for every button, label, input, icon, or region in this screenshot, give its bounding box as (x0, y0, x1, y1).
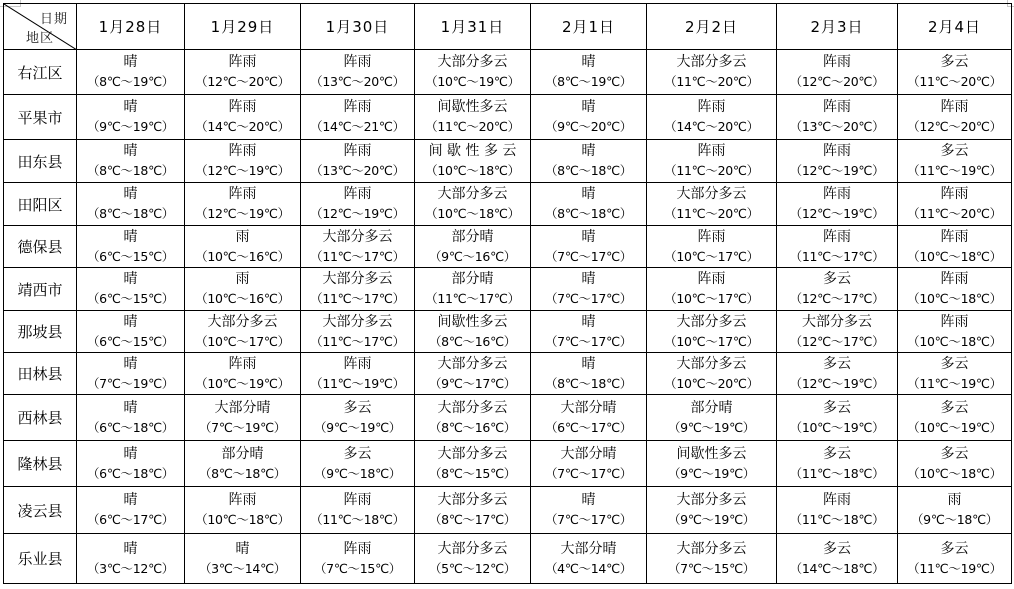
forecast-cell: 大部分晴（4℃～14℃） (531, 534, 647, 584)
weather-condition: 晴 (531, 227, 646, 247)
weather-condition: 阵雨 (647, 141, 776, 161)
forecast-cell: 晴（7℃～17℃） (531, 487, 647, 534)
weather-condition: 阵雨 (777, 227, 897, 247)
temperature-range: （11℃～20℃） (898, 204, 1011, 224)
forecast-cell: 大部分多云（11℃～17℃） (301, 311, 415, 353)
temperature-range: （7℃～17℃） (531, 464, 646, 484)
weather-condition: 晴 (77, 444, 184, 464)
weather-condition: 雨 (185, 227, 300, 247)
temperature-range: （6℃～18℃） (77, 464, 184, 484)
forecast-cell: 晴（6℃～18℃） (77, 441, 185, 487)
temperature-range: （7℃～19℃） (185, 418, 300, 438)
weather-condition: 大部分晴 (531, 444, 646, 464)
temperature-range: （9℃～20℃） (531, 117, 646, 137)
temperature-range: （12℃～19℃） (777, 161, 897, 181)
weather-condition: 阵雨 (898, 269, 1011, 289)
table-row: 右江区晴（8℃～19℃）阵雨（12℃～20℃）阵雨（13℃～20℃）大部分多云（… (4, 50, 1012, 95)
weather-condition: 大部分多云 (647, 52, 776, 72)
forecast-cell: 大部分多云（10℃～18℃） (415, 183, 531, 226)
weather-condition: 雨 (185, 269, 300, 289)
temperature-range: （6℃～15℃） (77, 332, 184, 352)
forecast-cell: 多云（9℃～19℃） (301, 395, 415, 441)
corner-header-cell: 日期 地区 (4, 4, 77, 50)
corner-region-label: 地区 (26, 27, 54, 46)
weather-condition: 阵雨 (777, 490, 897, 510)
forecast-cell: 阵雨（12℃～20℃） (898, 95, 1012, 140)
weather-condition: 间歇性多云 (415, 312, 530, 332)
forecast-cell: 阵雨（10℃～18℃） (898, 311, 1012, 353)
temperature-range: （11℃～20℃） (415, 117, 530, 137)
weather-condition: 晴 (531, 490, 646, 510)
weather-condition: 大部分多云 (185, 312, 300, 332)
table-row: 平果市晴（9℃～19℃）阵雨（14℃～20℃）阵雨（14℃～21℃）间歇性多云（… (4, 95, 1012, 140)
temperature-range: （8℃～15℃） (415, 464, 530, 484)
weather-condition: 大部分多云 (777, 312, 897, 332)
weather-condition: 晴 (531, 141, 646, 161)
region-name: 靖西市 (4, 268, 77, 311)
region-name: 田林县 (4, 353, 77, 395)
forecast-cell: 晴（6℃～17℃） (77, 487, 185, 534)
temperature-range: （8℃～19℃） (77, 72, 184, 92)
temperature-range: （8℃～18℃） (77, 204, 184, 224)
header-row: 日期 地区 1月28日 1月29日 1月30日 1月31日 2月1日 2月2日 … (4, 4, 1012, 50)
weather-condition: 晴 (77, 97, 184, 117)
forecast-cell: 雨（10℃～16℃） (185, 226, 301, 268)
temperature-range: （11℃～20℃） (647, 161, 776, 181)
weather-condition: 大部分多云 (301, 227, 414, 247)
region-name: 乐业县 (4, 534, 77, 584)
weather-condition: 部分晴 (185, 444, 300, 464)
weather-condition: 阵雨 (301, 52, 414, 72)
temperature-range: （13℃～20℃） (301, 72, 414, 92)
forecast-cell: 大部分多云（10℃～19℃） (415, 50, 531, 95)
temperature-range: （12℃～17℃） (777, 332, 897, 352)
forecast-cell: 晴（8℃～18℃） (531, 353, 647, 395)
forecast-cell: 多云（10℃～19℃） (898, 395, 1012, 441)
temperature-range: （7℃～17℃） (531, 289, 646, 309)
forecast-cell: 部分晴（9℃～16℃） (415, 226, 531, 268)
temperature-range: （9℃～16℃） (415, 247, 530, 267)
temperature-range: （12℃～19℃） (777, 204, 897, 224)
forecast-cell: 部分晴（9℃～19℃） (647, 395, 777, 441)
table-row: 西林县晴（6℃～18℃）大部分晴（7℃～19℃）多云（9℃～19℃）大部分多云（… (4, 395, 1012, 441)
weather-condition: 阵雨 (777, 97, 897, 117)
temperature-range: （11℃～20℃） (647, 72, 776, 92)
temperature-range: （11℃～17℃） (777, 247, 897, 267)
forecast-cell: 阵雨（13℃～20℃） (777, 95, 898, 140)
temperature-range: （7℃～15℃） (647, 559, 776, 579)
forecast-cell: 大部分晴（7℃～19℃） (185, 395, 301, 441)
temperature-range: （6℃～18℃） (77, 418, 184, 438)
temperature-range: （11℃～17℃） (301, 247, 414, 267)
table-row: 那坡县晴（6℃～15℃）大部分多云（10℃～17℃）大部分多云（11℃～17℃）… (4, 311, 1012, 353)
weather-condition: 大部分多云 (301, 312, 414, 332)
temperature-range: （8℃～18℃） (77, 161, 184, 181)
forecast-cell: 大部分多云（11℃～20℃） (647, 183, 777, 226)
temperature-range: （8℃～18℃） (531, 161, 646, 181)
weather-condition: 部分晴 (647, 398, 776, 418)
region-name: 西林县 (4, 395, 77, 441)
forecast-cell: 晴（6℃～15℃） (77, 268, 185, 311)
weather-condition: 间歇性多云 (415, 97, 530, 117)
table-row: 隆林县晴（6℃～18℃）部分晴（8℃～18℃）多云（9℃～18℃）大部分多云（8… (4, 441, 1012, 487)
temperature-range: （9℃～19℃） (647, 510, 776, 530)
temperature-range: （9℃～19℃） (647, 464, 776, 484)
forecast-cell: 晴（8℃～18℃） (77, 183, 185, 226)
forecast-cell: 阵雨（12℃～20℃） (777, 50, 898, 95)
weather-condition: 阵雨 (777, 52, 897, 72)
weather-condition: 部分晴 (415, 269, 530, 289)
region-name: 德保县 (4, 226, 77, 268)
temperature-range: （7℃～17℃） (531, 510, 646, 530)
date-header: 1月28日 (77, 4, 185, 50)
temperature-range: （11℃～18℃） (777, 464, 897, 484)
temperature-range: （13℃～20℃） (777, 117, 897, 137)
temperature-range: （4℃～14℃） (531, 559, 646, 579)
region-name: 那坡县 (4, 311, 77, 353)
weather-condition: 阵雨 (898, 312, 1011, 332)
weather-condition: 晴 (77, 269, 184, 289)
forecast-cell: 间歇性多云（8℃～16℃） (415, 311, 531, 353)
temperature-range: （14℃～18℃） (777, 559, 897, 579)
temperature-range: （12℃～19℃） (301, 204, 414, 224)
forecast-cell: 阵雨（12℃～19℃） (185, 140, 301, 183)
weather-condition: 晴 (77, 490, 184, 510)
forecast-cell: 阵雨（10℃～18℃） (898, 268, 1012, 311)
temperature-range: （11℃～19℃） (898, 161, 1011, 181)
table-row: 凌云县晴（6℃～17℃）阵雨（10℃～18℃）阵雨（11℃～18℃）大部分多云（… (4, 487, 1012, 534)
forecast-cell: 多云（11℃～18℃） (777, 441, 898, 487)
region-name: 凌云县 (4, 487, 77, 534)
forecast-cell: 大部分多云（12℃～17℃） (777, 311, 898, 353)
forecast-cell: 间 歇 性 多 云（10℃～18℃） (415, 140, 531, 183)
forecast-cell: 晴（8℃～18℃） (531, 183, 647, 226)
weather-condition: 晴 (77, 141, 184, 161)
forecast-cell: 多云（11℃～19℃） (898, 534, 1012, 584)
temperature-range: （13℃～20℃） (301, 161, 414, 181)
temperature-range: （14℃～20℃） (647, 117, 776, 137)
weather-condition: 部分晴 (415, 227, 530, 247)
temperature-range: （10℃～17℃） (185, 332, 300, 352)
date-header: 1月29日 (185, 4, 301, 50)
weather-condition: 大部分多云 (415, 539, 530, 559)
weather-condition: 晴 (77, 312, 184, 332)
weather-condition: 晴 (77, 398, 184, 418)
temperature-range: （11℃～17℃） (415, 289, 530, 309)
temperature-range: （11℃～20℃） (647, 204, 776, 224)
forecast-cell: 阵雨（10℃～17℃） (647, 226, 777, 268)
temperature-range: （9℃～19℃） (647, 418, 776, 438)
temperature-range: （10℃～18℃） (898, 464, 1011, 484)
weather-condition: 多云 (301, 444, 414, 464)
forecast-cell: 雨（9℃～18℃） (898, 487, 1012, 534)
temperature-range: （10℃～19℃） (185, 374, 300, 394)
forecast-cell: 晴（3℃～12℃） (77, 534, 185, 584)
temperature-range: （8℃～18℃） (531, 374, 646, 394)
temperature-range: （11℃～19℃） (898, 374, 1011, 394)
forecast-cell: 大部分多云（8℃～17℃） (415, 487, 531, 534)
weather-condition: 大部分多云 (415, 52, 530, 72)
temperature-range: （11℃～19℃） (301, 374, 414, 394)
temperature-range: （11℃～17℃） (301, 332, 414, 352)
weather-condition: 晴 (77, 184, 184, 204)
temperature-range: （6℃～15℃） (77, 289, 184, 309)
temperature-range: （8℃～18℃） (185, 464, 300, 484)
temperature-range: （10℃～19℃） (898, 418, 1011, 438)
forecast-cell: 阵雨（14℃～20℃） (647, 95, 777, 140)
forecast-cell: 阵雨（12℃～19℃） (185, 183, 301, 226)
forecast-cell: 大部分多云（11℃～20℃） (647, 50, 777, 95)
table-row: 田林县晴（7℃～19℃）阵雨（10℃～19℃）阵雨（11℃～19℃）大部分多云（… (4, 353, 1012, 395)
forecast-cell: 大部分多云（7℃～15℃） (647, 534, 777, 584)
forecast-cell: 阵雨（12℃～20℃） (185, 50, 301, 95)
weather-condition: 阵雨 (185, 490, 300, 510)
temperature-range: （7℃～17℃） (531, 247, 646, 267)
temperature-range: （11℃～17℃） (301, 289, 414, 309)
temperature-range: （10℃～20℃） (647, 374, 776, 394)
date-header: 2月3日 (777, 4, 898, 50)
forecast-cell: 晴（9℃～19℃） (77, 95, 185, 140)
weather-condition: 阵雨 (301, 97, 414, 117)
weather-condition: 多云 (898, 539, 1011, 559)
weather-condition: 多云 (301, 398, 414, 418)
temperature-range: （10℃～18℃） (415, 204, 530, 224)
forecast-cell: 阵雨（13℃～20℃） (301, 140, 415, 183)
temperature-range: （9℃～19℃） (301, 418, 414, 438)
table-row: 乐业县晴（3℃～12℃）晴（3℃～14℃）阵雨（7℃～15℃）大部分多云（5℃～… (4, 534, 1012, 584)
table-row: 德保县晴（6℃～15℃）雨（10℃～16℃）大部分多云（11℃～17℃）部分晴（… (4, 226, 1012, 268)
forecast-cell: 大部分多云（8℃～16℃） (415, 395, 531, 441)
forecast-cell: 大部分晴（6℃～17℃） (531, 395, 647, 441)
table-body: 右江区晴（8℃～19℃）阵雨（12℃～20℃）阵雨（13℃～20℃）大部分多云（… (4, 50, 1012, 584)
weather-condition: 多云 (898, 354, 1011, 374)
weather-condition: 晴 (531, 312, 646, 332)
temperature-range: （14℃～21℃） (301, 117, 414, 137)
forecast-cell: 部分晴（11℃～17℃） (415, 268, 531, 311)
temperature-range: （10℃～18℃） (185, 510, 300, 530)
date-header: 1月30日 (301, 4, 415, 50)
temperature-range: （11℃～18℃） (301, 510, 414, 530)
temperature-range: （10℃～17℃） (647, 247, 776, 267)
weather-condition: 大部分多云 (415, 184, 530, 204)
temperature-range: （7℃～19℃） (77, 374, 184, 394)
weather-condition: 大部分多云 (415, 444, 530, 464)
weather-condition: 阵雨 (301, 539, 414, 559)
forecast-cell: 晴（7℃～17℃） (531, 311, 647, 353)
forecast-cell: 晴（8℃～19℃） (77, 50, 185, 95)
weather-condition: 阵雨 (301, 490, 414, 510)
forecast-cell: 晴（3℃～14℃） (185, 534, 301, 584)
temperature-range: （8℃～16℃） (415, 332, 530, 352)
weather-condition: 阵雨 (898, 184, 1011, 204)
temperature-range: （6℃～17℃） (77, 510, 184, 530)
forecast-cell: 大部分多云（11℃～17℃） (301, 268, 415, 311)
weather-condition: 晴 (77, 227, 184, 247)
forecast-cell: 多云（11℃～19℃） (898, 353, 1012, 395)
forecast-cell: 阵雨（12℃～19℃） (301, 183, 415, 226)
weather-condition: 间 歇 性 多 云 (415, 141, 530, 161)
forecast-cell: 阵雨（14℃～20℃） (185, 95, 301, 140)
forecast-cell: 雨（10℃～16℃） (185, 268, 301, 311)
weather-forecast-table: 日期 地区 1月28日 1月29日 1月30日 1月31日 2月1日 2月2日 … (3, 3, 1012, 584)
temperature-range: （12℃～19℃） (777, 374, 897, 394)
date-header: 1月31日 (415, 4, 531, 50)
temperature-range: （10℃～19℃） (415, 72, 530, 92)
forecast-cell: 大部分多云（10℃～20℃） (647, 353, 777, 395)
forecast-cell: 阵雨（10℃～17℃） (647, 268, 777, 311)
weather-condition: 阵雨 (777, 184, 897, 204)
forecast-cell: 多云（12℃～19℃） (777, 353, 898, 395)
weather-condition: 多云 (777, 354, 897, 374)
weather-condition: 大部分多云 (415, 490, 530, 510)
weather-condition: 多云 (898, 52, 1011, 72)
forecast-cell: 大部分多云（8℃～15℃） (415, 441, 531, 487)
forecast-cell: 大部分多云（5℃～12℃） (415, 534, 531, 584)
temperature-range: （12℃～20℃） (898, 117, 1011, 137)
forecast-cell: 阵雨（7℃～15℃） (301, 534, 415, 584)
forecast-cell: 大部分多云（9℃～17℃） (415, 353, 531, 395)
weather-condition: 间歇性多云 (647, 444, 776, 464)
forecast-cell: 多云（14℃～18℃） (777, 534, 898, 584)
weather-condition: 阵雨 (185, 141, 300, 161)
weather-condition: 晴 (531, 354, 646, 374)
temperature-range: （10℃～18℃） (415, 161, 530, 181)
weather-condition: 多云 (898, 444, 1011, 464)
forecast-cell: 阵雨（12℃～19℃） (777, 183, 898, 226)
temperature-range: （8℃～18℃） (531, 204, 646, 224)
temperature-range: （10℃～18℃） (898, 247, 1011, 267)
forecast-cell: 阵雨（10℃～18℃） (185, 487, 301, 534)
weather-condition: 阵雨 (301, 141, 414, 161)
weather-condition: 阵雨 (185, 354, 300, 374)
date-header: 2月2日 (647, 4, 777, 50)
temperature-range: （9℃～19℃） (77, 117, 184, 137)
weather-condition: 阵雨 (898, 227, 1011, 247)
temperature-range: （3℃～12℃） (77, 559, 184, 579)
forecast-cell: 大部分多云（9℃～19℃） (647, 487, 777, 534)
weather-condition: 阵雨 (185, 52, 300, 72)
temperature-range: （5℃～12℃） (415, 559, 530, 579)
weather-condition: 大部分晴 (185, 398, 300, 418)
region-name: 田阳区 (4, 183, 77, 226)
temperature-range: （6℃～17℃） (531, 418, 646, 438)
weather-condition: 大部分晴 (531, 398, 646, 418)
temperature-range: （9℃～18℃） (301, 464, 414, 484)
forecast-cell: 阵雨（10℃～18℃） (898, 226, 1012, 268)
weather-condition: 多云 (777, 398, 897, 418)
forecast-cell: 晴（8℃～19℃） (531, 50, 647, 95)
forecast-cell: 晴（6℃～18℃） (77, 395, 185, 441)
weather-condition: 大部分多云 (647, 539, 776, 559)
temperature-range: （10℃～17℃） (647, 332, 776, 352)
temperature-range: （14℃～20℃） (185, 117, 300, 137)
weather-condition: 大部分多云 (301, 269, 414, 289)
corner-date-label: 日期 (40, 8, 68, 27)
table-row: 田阳区晴（8℃～18℃）阵雨（12℃～19℃）阵雨（12℃～19℃）大部分多云（… (4, 183, 1012, 226)
forecast-cell: 多云（9℃～18℃） (301, 441, 415, 487)
temperature-range: （12℃～19℃） (185, 161, 300, 181)
forecast-cell: 阵雨（11℃～19℃） (301, 353, 415, 395)
forecast-cell: 晴（8℃～18℃） (77, 140, 185, 183)
forecast-cell: 间歇性多云（11℃～20℃） (415, 95, 531, 140)
temperature-range: （8℃～16℃） (415, 418, 530, 438)
forecast-cell: 多云（12℃～17℃） (777, 268, 898, 311)
forecast-cell: 大部分多云（11℃～17℃） (301, 226, 415, 268)
temperature-range: （12℃～20℃） (185, 72, 300, 92)
temperature-range: （10℃～19℃） (777, 418, 897, 438)
weather-condition: 晴 (77, 354, 184, 374)
weather-condition: 阵雨 (301, 184, 414, 204)
forecast-cell: 多云（11℃～20℃） (898, 50, 1012, 95)
weather-condition: 多云 (777, 444, 897, 464)
forecast-cell: 阵雨（11℃～18℃） (777, 487, 898, 534)
date-header: 2月1日 (531, 4, 647, 50)
weather-condition: 晴 (531, 52, 646, 72)
temperature-range: （9℃～17℃） (415, 374, 530, 394)
forecast-cell: 部分晴（8℃～18℃） (185, 441, 301, 487)
weather-condition: 多云 (898, 141, 1011, 161)
temperature-range: （10℃～17℃） (647, 289, 776, 309)
forecast-cell: 阵雨（13℃～20℃） (301, 50, 415, 95)
weather-condition: 晴 (531, 97, 646, 117)
weather-condition: 晴 (77, 52, 184, 72)
forecast-cell: 多云（10℃～18℃） (898, 441, 1012, 487)
forecast-cell: 大部分多云（10℃～17℃） (185, 311, 301, 353)
weather-condition: 阵雨 (185, 97, 300, 117)
forecast-cell: 晴（7℃～19℃） (77, 353, 185, 395)
region-name: 隆林县 (4, 441, 77, 487)
weather-condition: 大部分多云 (647, 184, 776, 204)
temperature-range: （7℃～17℃） (531, 332, 646, 352)
temperature-range: （11℃～18℃） (777, 510, 897, 530)
weather-condition: 晴 (531, 269, 646, 289)
weather-condition: 阵雨 (647, 97, 776, 117)
forecast-cell: 阵雨（11℃～20℃） (647, 140, 777, 183)
temperature-range: （11℃～19℃） (898, 559, 1011, 579)
weather-condition: 大部分多云 (647, 312, 776, 332)
temperature-range: （10℃～18℃） (898, 289, 1011, 309)
forecast-cell: 阵雨（12℃～19℃） (777, 140, 898, 183)
temperature-range: （12℃～17℃） (777, 289, 897, 309)
table-row: 田东县晴（8℃～18℃）阵雨（12℃～19℃）阵雨（13℃～20℃）间 歇 性 … (4, 140, 1012, 183)
forecast-cell: 多云（11℃～19℃） (898, 140, 1012, 183)
date-header: 2月4日 (898, 4, 1012, 50)
weather-condition: 晴 (531, 184, 646, 204)
temperature-range: （10℃～16℃） (185, 247, 300, 267)
weather-condition: 多云 (898, 398, 1011, 418)
temperature-range: （10℃～18℃） (898, 332, 1011, 352)
temperature-range: （7℃～15℃） (301, 559, 414, 579)
forecast-cell: 晴（9℃～20℃） (531, 95, 647, 140)
weather-condition: 大部分多云 (415, 354, 530, 374)
forecast-cell: 阵雨（14℃～21℃） (301, 95, 415, 140)
weather-condition: 晴 (185, 539, 300, 559)
temperature-range: （6℃～15℃） (77, 247, 184, 267)
forecast-cell: 阵雨（10℃～19℃） (185, 353, 301, 395)
region-name: 平果市 (4, 95, 77, 140)
weather-condition: 晴 (77, 539, 184, 559)
forecast-cell: 晴（6℃～15℃） (77, 226, 185, 268)
forecast-cell: 阵雨（11℃～18℃） (301, 487, 415, 534)
forecast-cell: 多云（10℃～19℃） (777, 395, 898, 441)
table-row: 靖西市晴（6℃～15℃）雨（10℃～16℃）大部分多云（11℃～17℃）部分晴（… (4, 268, 1012, 311)
temperature-range: （10℃～16℃） (185, 289, 300, 309)
weather-condition: 阵雨 (898, 97, 1011, 117)
weather-condition: 大部分晴 (531, 539, 646, 559)
weather-condition: 大部分多云 (647, 354, 776, 374)
temperature-range: （8℃～19℃） (531, 72, 646, 92)
forecast-cell: 阵雨（11℃～17℃） (777, 226, 898, 268)
